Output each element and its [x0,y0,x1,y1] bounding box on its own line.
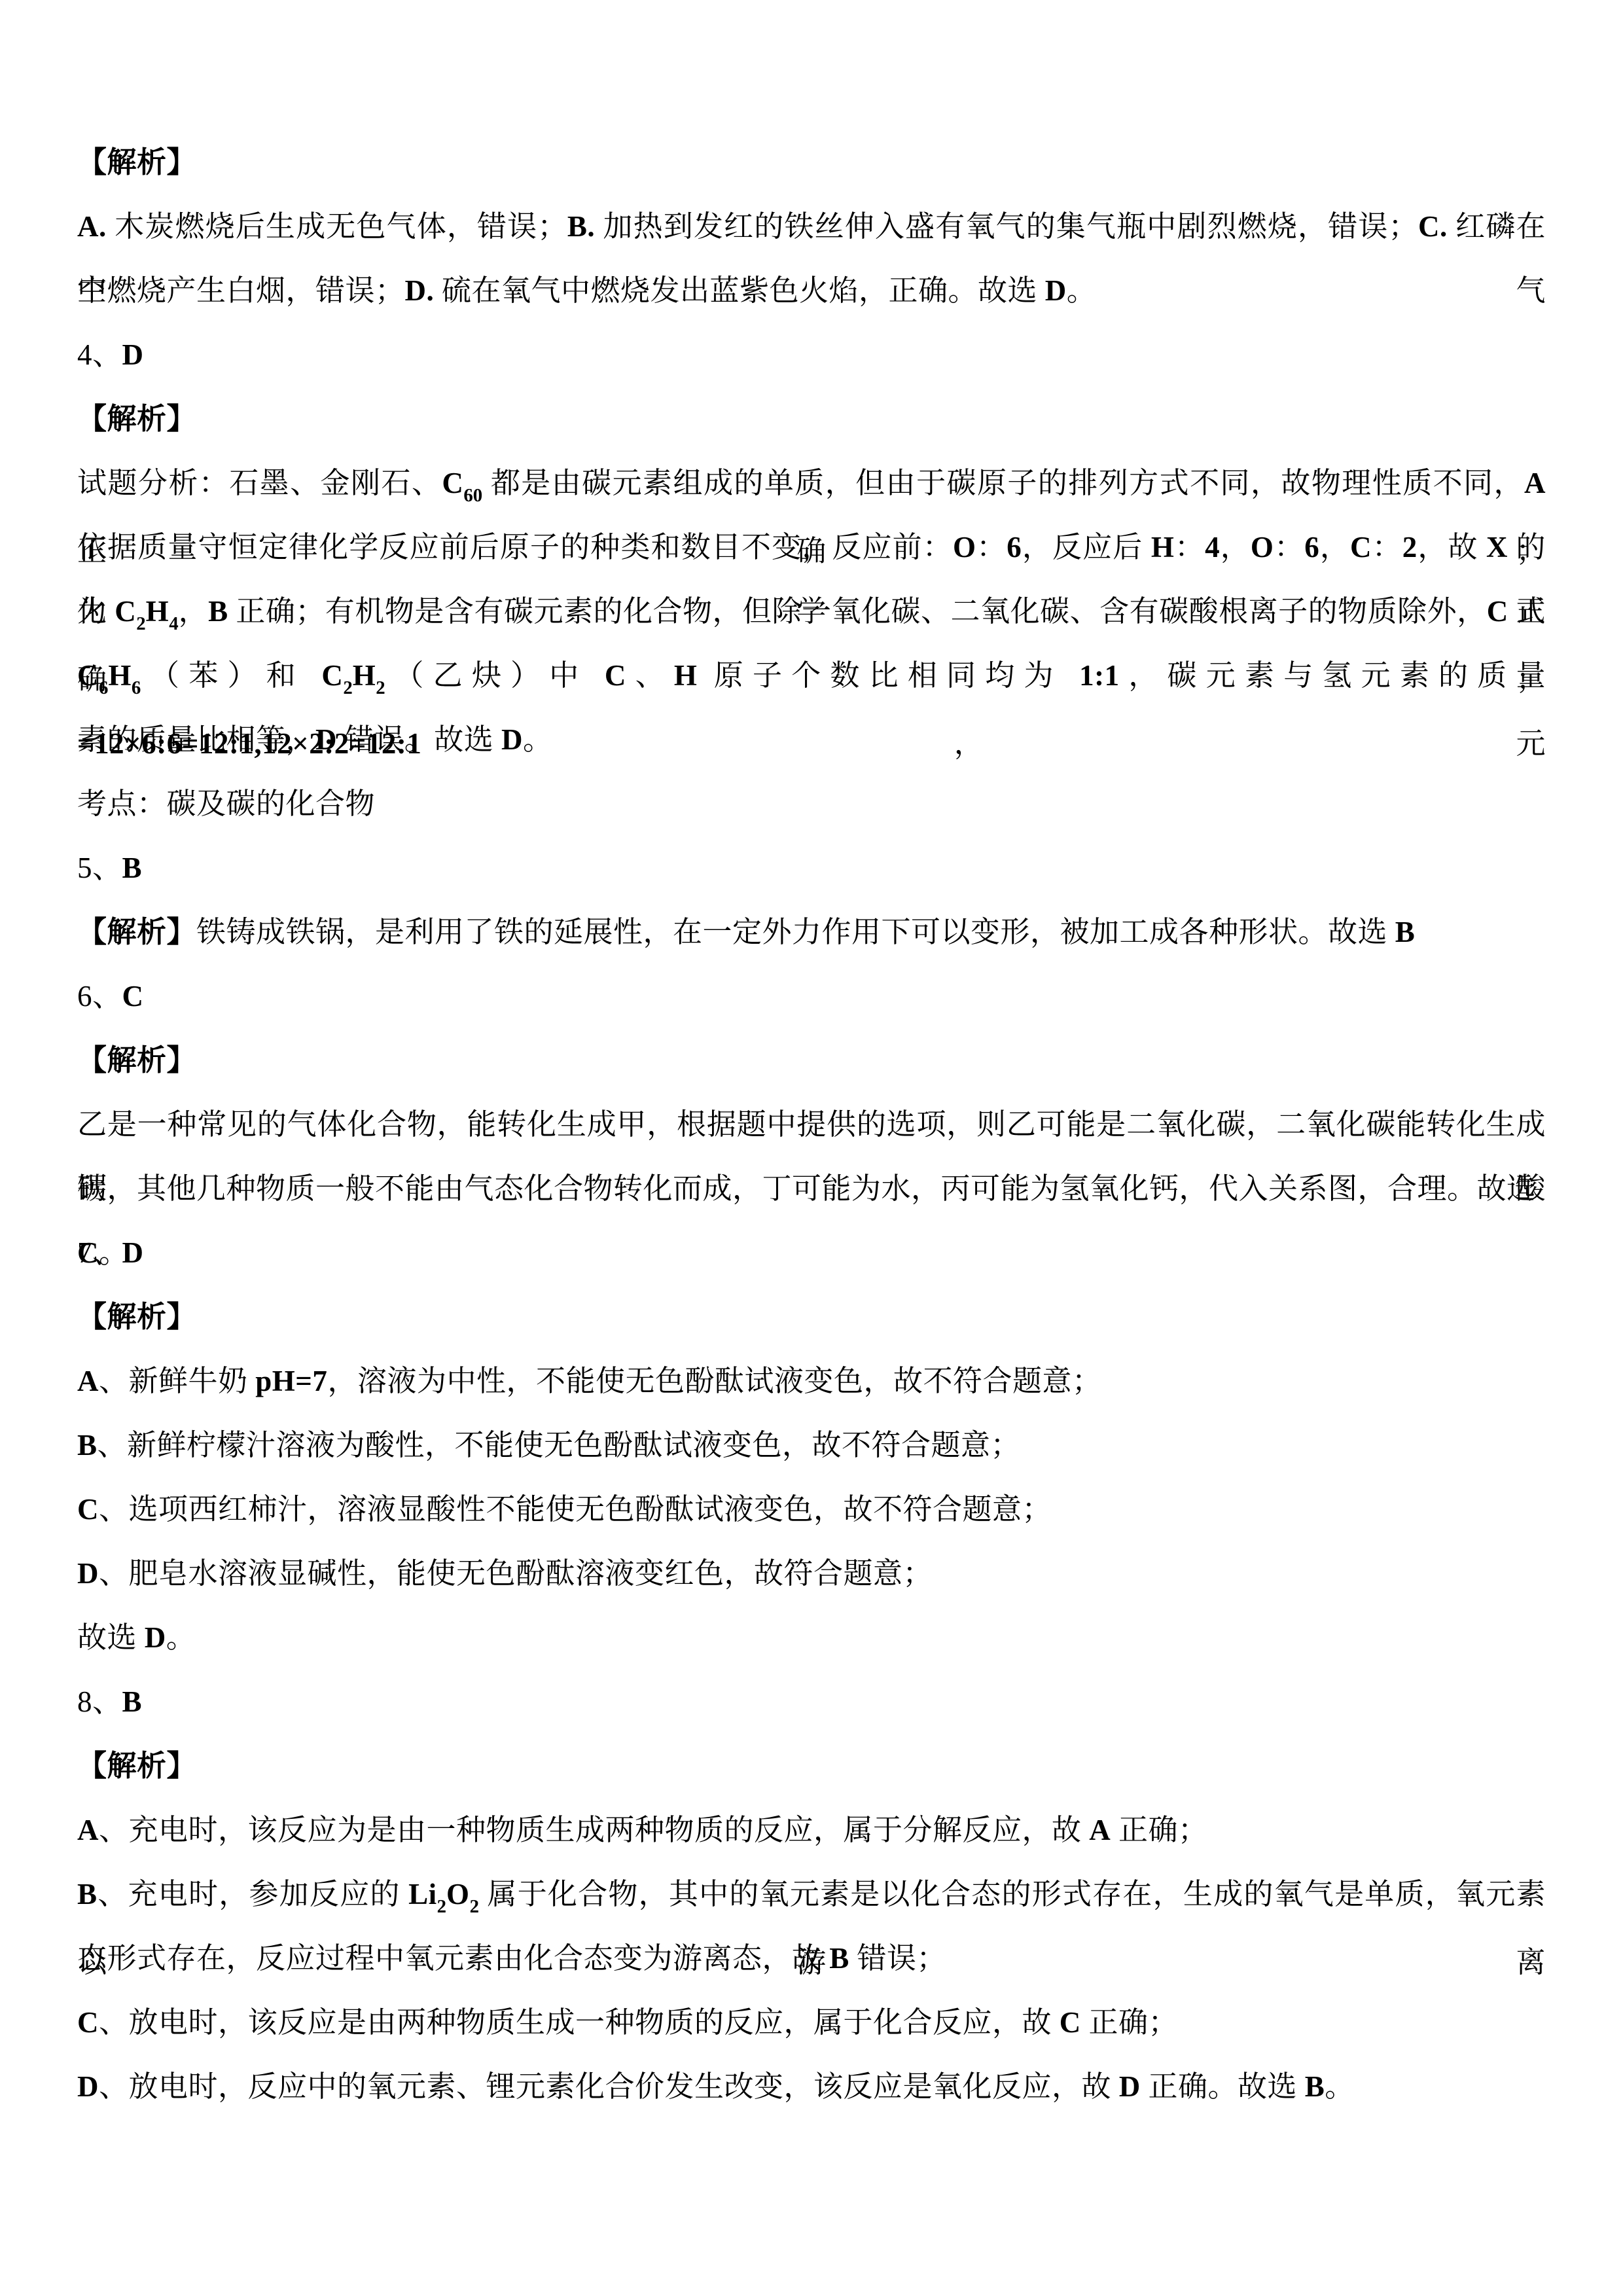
text-run: A [77,1814,99,1846]
document-line: 【解析】 [77,387,1546,451]
text-run: 【解析】 [77,403,196,435]
text-run: B. [567,210,595,243]
subscript-run: 4 [169,613,178,634]
text-run: O [446,1878,470,1910]
text-run: 中燃烧产生白烟，错误； [77,274,405,307]
text-run: 4 [1205,531,1220,564]
document-line: 4、D [77,323,1546,387]
text-run: 【解析】 [77,146,196,179]
text-run: 【解析】 [77,916,196,948]
subscript-run: 6 [132,677,141,698]
text-run: H [674,659,698,692]
document-line: 【解析】 [77,1285,1546,1349]
text-run: 试题分析：石墨、金刚石、 [77,467,442,499]
subscript-run: 2 [343,677,352,698]
text-run: 错误； [849,1942,946,1975]
subscript-run: 2 [136,613,145,634]
text-run: A [1089,1814,1111,1846]
text-run: ，溶液为中性，不能使无色酚酞试液变色，故不符合题意； [327,1365,1101,1397]
text-run: 加热到发红的铁丝伸入盛有氧气的集气瓶中剧烈燃烧，错误； [595,210,1418,243]
text-run: 正确。故选 [1141,2070,1305,2103]
text-run: 都是由碳元素组成的单质，但由于碳原子的排列方式不同，故物理性质不同， [482,467,1524,499]
text-run: D [501,723,523,756]
text-run: 依据质量守恒定律化学反应前后原子的种类和数目不变，反应前： [77,531,953,564]
text-run: C [115,595,136,628]
text-run: C [1060,2006,1081,2039]
text-run: 考点：碳及碳的化合物 [77,787,375,820]
text-run: 5、 [77,852,122,884]
text-run: 为 [77,595,115,628]
text-run: 铁铸成铁锅，是利用了铁的延展性，在一定外力作用下可以变形，被加工成各种形状。故选 [196,916,1395,948]
text-run: B [122,852,143,884]
text-run: B [208,595,228,628]
text-run: C [77,2006,99,2039]
text-run: 6、 [77,980,122,1013]
text-run: O [1251,531,1274,564]
text-run: 。 [523,723,553,756]
subscript-run: 2 [437,1896,446,1917]
text-run: ， [179,595,209,628]
document-line: C、选项西红柿汁，溶液显酸性不能使无色酚酞试液变色，故不符合题意； [77,1477,1546,1541]
text-run: 【解析】 [77,1749,196,1782]
subscript-run: 2 [376,677,385,698]
text-run: D [315,723,337,756]
text-run: C [442,467,463,499]
text-run: 木炭燃烧后生成无色气体，错误； [107,210,567,243]
text-run: D [122,338,144,371]
text-run: B [1395,916,1416,948]
text-run: 。 [166,1621,196,1654]
text-run: X [1486,531,1508,564]
text-run: 、新鲜牛奶 [99,1365,255,1397]
document-line: 【解析】 [77,1028,1546,1092]
text-run: 7、 [77,1236,122,1269]
text-run: H [108,659,132,692]
document-line: 【解析】 [77,1734,1546,1798]
subscript-run: 60 [463,485,482,506]
text-run: 4、 [77,338,122,371]
text-run: 态形式存在，反应过程中氧元素由化合态变为游离态，故 [77,1942,829,1975]
text-run: D [77,2070,99,2103]
document-line: A、新鲜牛奶 pH=7，溶液为中性，不能使无色酚酞试液变色，故不符合题意； [77,1349,1546,1413]
document-line: B、充电时，参加反应的 Li2O2 属于化合物，其中的氧元素是以化合态的形式存在… [77,1862,1546,1926]
text-run: 、选项西红柿汁，溶液显酸性不能使无色酚酞试液变色，故不符合题意； [99,1493,1052,1526]
text-run: ， [1220,531,1251,564]
text-run: 。 [1067,274,1097,307]
document-line: D、放电时，反应中的氧元素、锂元素化合价发生改变，该反应是氧化反应，故 D 正确… [77,2054,1546,2119]
text-run: 。 [1325,2070,1355,2103]
text-run: A [77,1365,99,1397]
document-line: 考点：碳及碳的化合物 [77,772,1546,836]
text-run: C [77,1493,99,1526]
subscript-run: 2 [470,1896,479,1917]
text-run: B [77,1429,98,1462]
text-run: ，反应后 [1022,531,1151,564]
text-run: C [321,659,343,692]
text-run: 、充电时，参加反应的 [98,1878,409,1910]
text-run: A [1524,467,1546,499]
text-run: ，元 [421,727,1546,760]
text-run: H [146,595,169,628]
text-run: D [1045,274,1067,307]
document-line: 为 C2H4，B 正确；有机物是含有碳元素的化合物，但除一氧化碳、二氧化碳、含有… [77,579,1546,643]
document-line: 7、D [77,1221,1546,1285]
text-run: 正确； [1081,2006,1178,2039]
text-run: H [1151,531,1175,564]
text-run: 素的质量比相等， [77,723,315,756]
text-run: （苯）和 [141,659,321,692]
document-line: 钙，其他几种物质一般不能由气态化合物转化而成，丁可能为水，丙可能为氢氧化钙，代入… [77,1157,1546,1221]
document-line: 乙是一种常见的气体化合物，能转化生成甲，根据题中提供的选项，则乙可能是二氧化碳，… [77,1092,1546,1157]
document-line: 故选 D。 [77,1605,1546,1670]
text-run: B [122,1685,143,1718]
text-run: B [829,1942,849,1975]
text-run: D [122,1236,144,1269]
text-run: Li [408,1878,437,1910]
text-run: 、新鲜柠檬汁溶液为酸性，不能使无色酚酞试液变色，故不符合题意； [98,1429,1021,1462]
text-run: ， [1319,531,1350,564]
text-run: D [145,1621,166,1654]
document-line: 5、B [77,836,1546,900]
document-line: C6H6（苯）和 C2H2（乙炔）中 C、H 原子个数比相同均为 1:1，碳元素… [77,643,1546,708]
text-run: 、 [626,659,674,692]
text-run: ，故 [1418,531,1486,564]
text-run: C [77,659,99,692]
text-run: C [122,980,144,1013]
text-run: ： [976,531,1007,564]
text-run: C [605,659,626,692]
text-run: pH=7 [255,1365,327,1397]
text-run: 原子个数比相同均为 [697,659,1079,692]
document-page: { "page": { "width": 2480, "height": 350… [0,0,1623,2296]
text-run: B [77,1878,98,1910]
text-run: ： [1274,531,1304,564]
text-run: 【解析】 [77,1300,196,1333]
text-run: 8、 [77,1685,122,1718]
text-run: 故选 [77,1621,145,1654]
document-line: 【解析】 [77,130,1546,194]
text-run: 正确；有机物是含有碳元素的化合物，但除一氧化碳、二氧化碳、含有碳酸根离子的物质除… [228,595,1487,628]
document-line: C、放电时，该反应是由两种物质生成一种物质的反应，属于化合反应，故 C 正确； [77,1990,1546,2054]
text-run: 硫在氧气中燃烧发出蓝紫色火焰，正确。故选 [434,274,1045,307]
text-run: C [1350,531,1372,564]
text-run: C [1487,595,1508,628]
text-run: 、肥皂水溶液显碱性，能使无色酚酞溶液变红色，故符合题意； [99,1557,933,1590]
text-run: ： [1174,531,1205,564]
text-run: D [77,1557,99,1590]
text-run: 、放电时，反应中的氧元素、锂元素化合价发生改变，该反应是氧化反应，故 [99,2070,1119,2103]
text-run: O [953,531,976,564]
text-run: D. [405,274,435,307]
document-line: B、新鲜柠檬汁溶液为酸性，不能使无色酚酞试液变色，故不符合题意； [77,1413,1546,1477]
document-line: 6、C [77,964,1546,1028]
subscript-run: 6 [99,677,108,698]
text-run: 错误。故选 [337,723,501,756]
text-run: 1:1 [1079,659,1120,692]
text-run: B [1305,2070,1325,2103]
text-run: 6 [1007,531,1022,564]
text-run: 、放电时，该反应是由两种物质生成一种物质的反应，属于化合反应，故 [99,2006,1060,2039]
document-line: D、肥皂水溶液显碱性，能使无色酚酞溶液变红色，故符合题意； [77,1541,1546,1605]
document-line: A. 木炭燃烧后生成无色气体，错误；B. 加热到发红的铁丝伸入盛有氧气的集气瓶中… [77,194,1546,259]
text-run: 、充电时，该反应为是由一种物质生成两种物质的反应，属于分解反应，故 [99,1814,1089,1846]
text-run: D [1119,2070,1141,2103]
document-line: A、充电时，该反应为是由一种物质生成两种物质的反应，属于分解反应，故 A 正确； [77,1798,1546,1862]
text-run: 6 [1304,531,1319,564]
text-run: 2 [1402,531,1418,564]
text-run: 钙，其他几种物质一般不能由气态化合物转化而成，丁可能为水，丙可能为氢氧化钙，代入… [77,1172,1537,1205]
document-line: 依据质量守恒定律化学反应前后原子的种类和数目不变，反应前：O：6，反应后 H：4… [77,515,1546,579]
document-line: 【解析】铁铸成铁锅，是利用了铁的延展性，在一定外力作用下可以变形，被加工成各种形… [77,900,1546,964]
text-run: ，碳元素与氢元素的质量 [1120,659,1546,692]
text-run: 正确； [1111,1814,1207,1846]
document-body: 【解析】A. 木炭燃烧后生成无色气体，错误；B. 加热到发红的铁丝伸入盛有氧气的… [77,130,1546,2119]
text-run: （乙炔）中 [385,659,605,692]
text-run: A. [77,210,107,243]
text-run: 【解析】 [77,1044,196,1077]
document-line: 试题分析：石墨、金刚石、C60 都是由碳元素组成的单质，但由于碳原子的排列方式不… [77,451,1546,515]
text-run: C. [1418,210,1448,243]
text-run: ： [1372,531,1402,564]
text-run: H [353,659,376,692]
document-line: 8、B [77,1670,1546,1734]
